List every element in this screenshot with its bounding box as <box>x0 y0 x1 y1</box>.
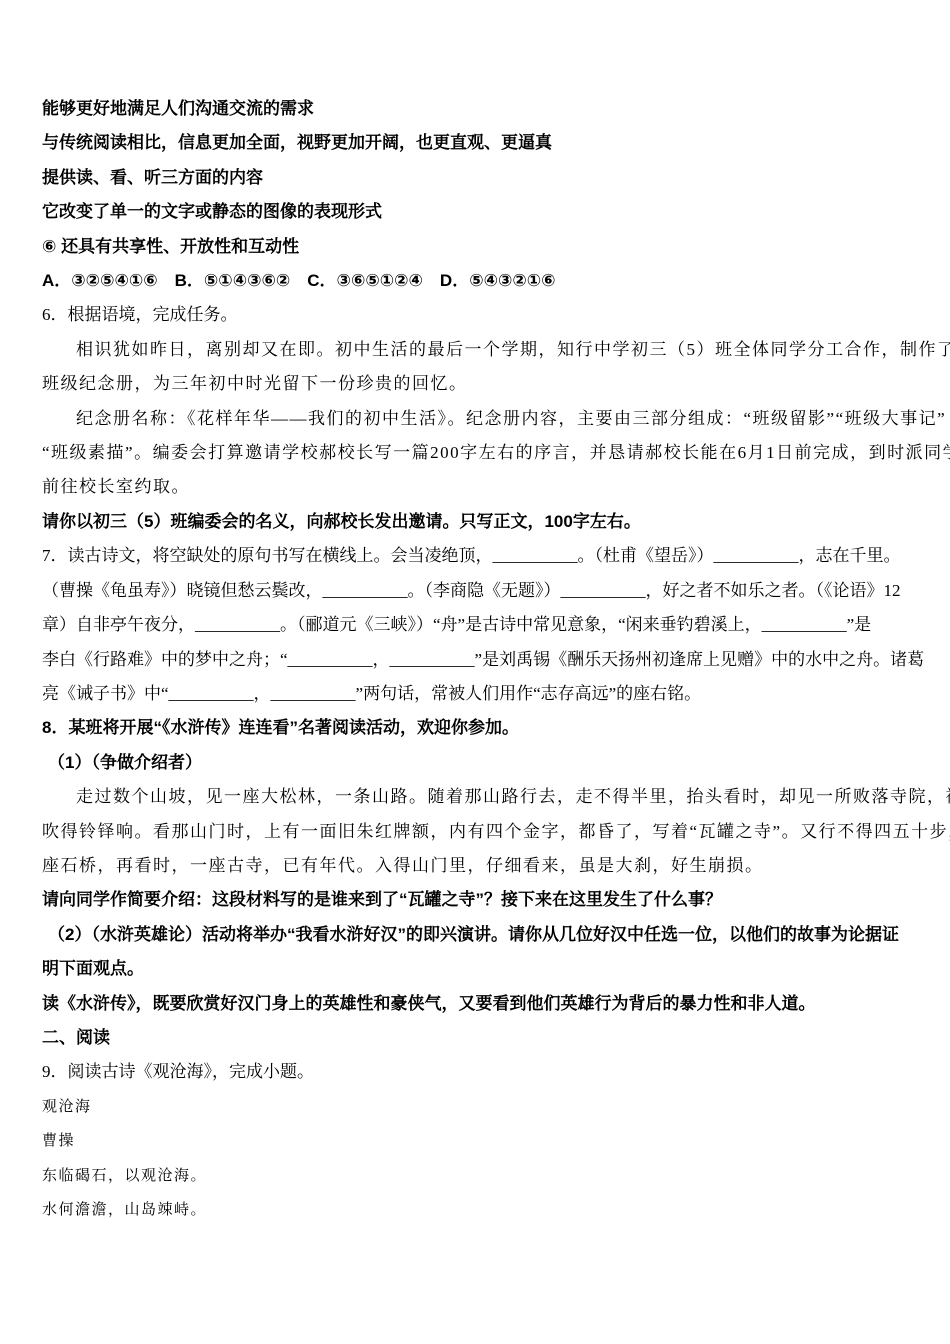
text-line: “班级素描”。编委会打算邀请学校郝校长写一篇200字左右的序言，并恳请郝校长能在… <box>42 436 912 470</box>
text-line: 曹操 <box>42 1124 912 1158</box>
text-line: 李白《行路难》中的梦中之舟；“__________，__________”是刘禹… <box>42 643 912 677</box>
text-line: 能够更好地满足人们沟通交流的需求 <box>42 92 912 126</box>
text-line: （曹操《龟虽寿》）晓镜但愁云鬓改，__________。（李商隐《无题》）___… <box>42 574 912 608</box>
text-line: ⑥ 还具有共享性、开放性和互动性 <box>42 230 912 264</box>
text-line: 提供读、看、听三方面的内容 <box>42 161 912 195</box>
text-line: 读《水浒传》，既要欣赏好汉门身上的英雄性和豪侠气，又要看到他们英雄行为背后的暴力… <box>42 987 912 1021</box>
text-line: （2）（水浒英雄论）活动将举办“我看水浒好汉”的即兴演讲。请你从几位好汉中任选一… <box>42 918 912 952</box>
text-line: 请你以初三（5）班编委会的名义，向郝校长发出邀请。只写正文，100字左右。 <box>42 505 912 539</box>
text-line: 8．某班将开展“《水浒传》连连看”名著阅读活动，欢迎你参加。 <box>42 711 912 745</box>
document-text-block: 能够更好地满足人们沟通交流的需求与传统阅读相比，信息更加全面，视野更加开阔，也更… <box>42 92 912 1227</box>
text-line: 走过数个山坡，见一座大松林，一条山路。随着那山路行去，走不得半里，抬头看时，却见… <box>42 780 912 814</box>
text-line: 吹得铃铎响。看那山门时，上有一面旧朱红牌额，内有四个金字，都昏了，写着“瓦罐之寺… <box>42 815 912 849</box>
text-line: 7．读古诗文，将空缺处的原句书写在横线上。会当凌绝顶，__________。（杜… <box>42 539 912 573</box>
text-line: 明下面观点。 <box>42 952 912 986</box>
text-line: 二、阅读 <box>42 1021 912 1055</box>
text-line: 亮《诫子书》中“__________，__________”两句话，常被人们用作… <box>42 677 912 711</box>
text-line: 6．根据语境，完成任务。 <box>42 298 912 332</box>
text-line: （1）（争做介绍者） <box>42 746 912 780</box>
text-line: 纪念册名称：《花样年华——我们的初中生活》。纪念册内容，主要由三部分组成：“班级… <box>42 402 912 436</box>
text-line: 前往校长室约取。 <box>42 470 912 504</box>
text-line: 它改变了单一的文字或静态的图像的表现形式 <box>42 195 912 229</box>
text-line: 请向同学作简要介绍：这段材料写的是谁来到了“瓦罐之寺”？接下来在这里发生了什么事… <box>42 883 912 917</box>
text-line: 与传统阅读相比，信息更加全面，视野更加开阔，也更直观、更逼真 <box>42 126 912 160</box>
text-line: 座石桥，再看时，一座古寺，已有年代。入得山门里，仔细看来，虽是大刹，好生崩损。 <box>42 849 912 883</box>
text-line: A．③②⑤④①⑥ B．⑤①④③⑥② C．③⑥⑤①②④ D．⑤④③②①⑥ <box>42 264 912 298</box>
text-line: 班级纪念册，为三年初中时光留下一份珍贵的回忆。 <box>42 367 912 401</box>
text-line: 水何澹澹，山岛竦峙。 <box>42 1193 912 1227</box>
text-line: 东临碣石，以观沧海。 <box>42 1159 912 1193</box>
text-line: 相识犹如昨日，离别却又在即。初中生活的最后一个学期，知行中学初三（5）班全体同学… <box>42 333 912 367</box>
text-line: 9．阅读古诗《观沧海》，完成小题。 <box>42 1055 912 1089</box>
text-line: 观沧海 <box>42 1090 912 1124</box>
exam-document-page: 能够更好地满足人们沟通交流的需求与传统阅读相比，信息更加全面，视野更加开阔，也更… <box>0 0 950 1344</box>
text-line: 章）自非亭午夜分，__________。（郦道元《三峡》）“舟”是古诗中常见意象… <box>42 608 912 642</box>
